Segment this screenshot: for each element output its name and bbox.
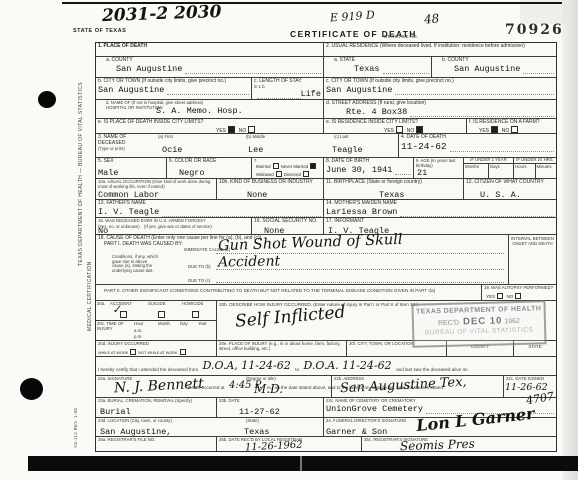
field-registrar-file-no: 25a. REGISTRAR'S FILE NO. bbox=[96, 437, 216, 451]
place-of-death-section: 1. PLACE OF DEATH bbox=[96, 43, 323, 56]
race-value: Negro bbox=[179, 168, 205, 178]
residence-city-limits-yes-checkbox bbox=[396, 126, 403, 133]
field-name-of-deceased: 3. NAME OF DECEASED (Type or print) (a) … bbox=[96, 134, 398, 157]
field-age: 9. AGE (In years last birthday) 21 bbox=[413, 158, 463, 178]
margin-medical-certification-text: MEDICAL CERTIFICATION bbox=[87, 246, 93, 346]
date-signed-label: 22c. DATE SIGNED bbox=[506, 377, 554, 382]
accident-check-handwritten: ✓ bbox=[111, 302, 122, 316]
death-inside-city-limits-label: e. IS PLACE OF DEATH INSIDE CITY LIMITS? bbox=[98, 120, 321, 126]
handwritten-file-number-2: 48 bbox=[423, 11, 440, 27]
field-informant: 17. INFORMANT I. V. Teagle bbox=[323, 218, 556, 234]
burial-value: Burial bbox=[100, 407, 131, 417]
field-residence-inside-city-limits: e. IS RESIDENCE INSIDE CITY LIMITS? YES … bbox=[323, 119, 466, 133]
row-occupation: 10a. USUAL OCCUPATION (Give kind of work… bbox=[96, 178, 556, 199]
middle-name-value: Lee bbox=[248, 145, 263, 155]
row-section-titles: 1. PLACE OF DEATH 2. USUAL RESIDENCE (Wh… bbox=[96, 43, 556, 56]
middle-name-label: (b) Middle bbox=[246, 135, 265, 140]
row-demographics: 5. SEX Male 6. COLOR OR RACE Negro 7. Ma… bbox=[96, 157, 556, 178]
field-burial-date: 23b. DATE 11-27-62 bbox=[216, 398, 323, 417]
under-1-year-label: IF UNDER 1 YEAR bbox=[464, 158, 513, 163]
scanned-death-certificate: STATE OF TEXAS 2031-2 2030 CERTIFICATE O… bbox=[0, 0, 578, 480]
months-label: Months bbox=[464, 164, 488, 178]
farm-yes-checkbox bbox=[491, 126, 498, 133]
sex-label: 5. SEX bbox=[98, 159, 164, 165]
field-date-of-birth: 8. DATE OF BIRTH June 30, 1941 bbox=[323, 158, 413, 178]
birthplace-value: Texas bbox=[379, 190, 405, 199]
residence-on-farm-label: f. IS RESIDENCE ON A FARM? bbox=[469, 120, 554, 126]
field-physician-signature: 22a. SIGNATURE N. J. Bennett (Degree or … bbox=[96, 376, 331, 397]
time-of-injury-label: 20c. TIME OF INJURY bbox=[97, 322, 127, 331]
margin-bureau-text: TEXAS DEPARTMENT OF HEALTH — BUREAU OF V… bbox=[78, 58, 84, 290]
certify-text-1: I hereby certify that I attended the dec… bbox=[98, 367, 198, 372]
homicide-label: HOMICIDE bbox=[182, 302, 204, 307]
occupation-value: Common Labor bbox=[98, 190, 159, 199]
handwritten-registration-number: 2031-2 2030 bbox=[102, 2, 222, 26]
death-city-limits-no-checkbox bbox=[248, 126, 255, 133]
usual-residence-section: 2. USUAL RESIDENCE (Where deceased lived… bbox=[323, 43, 556, 56]
first-name-label: (a) First bbox=[158, 135, 173, 140]
not-while-at-work-checkbox bbox=[180, 349, 186, 355]
location-state-value: Texas bbox=[244, 427, 270, 436]
stamp-date: DEC 10 bbox=[463, 315, 503, 327]
hospital-value: S. A. Memo. Hosp. bbox=[156, 106, 243, 116]
due-to-c-label: DUE TO (c) bbox=[188, 279, 210, 284]
degree-handwritten: M.D. bbox=[254, 382, 283, 396]
interval-column: INTERVAL BETWEEN ONSET AND DEATH bbox=[508, 235, 556, 284]
field-industry: 10b. KIND OF BUSINESS OR INDUSTRY None bbox=[216, 179, 323, 199]
armed-forces-sub2: (If yes, give war or dates of service) bbox=[144, 225, 212, 230]
age-value: 21 bbox=[417, 168, 427, 178]
date-of-birth-value: June 30, 1941 bbox=[326, 165, 392, 175]
autopsy-yes-checkbox bbox=[497, 293, 503, 299]
date-of-death-value: 11-24-62 bbox=[401, 141, 447, 152]
certificate-serial-number: 70926 bbox=[505, 22, 564, 38]
hours-label: Hours bbox=[514, 164, 535, 178]
scan-bottom-bar bbox=[28, 456, 578, 471]
received-stamp: TEXAS DEPARTMENT OF HEALTH REC'D. DEC 10… bbox=[411, 300, 546, 347]
death-city-limits-yes-checkbox bbox=[228, 126, 235, 133]
armed-forces-label: 15. WAS DECEASED EVER IN U.S. ARMED FORC… bbox=[98, 219, 249, 224]
field-birthplace: 11. BIRTHPLACE (State or foreign country… bbox=[323, 179, 463, 199]
location-sub2: (State) bbox=[246, 419, 259, 424]
row-cause-of-death: 18. CAUSE OF DEATH (Enter only one cause… bbox=[96, 234, 556, 284]
name-sublabel: (Type or print) bbox=[98, 147, 125, 152]
field-father-name: 13. FATHER'S NAME I. V. Teagle bbox=[96, 200, 323, 217]
field-marital-status: 7. Married Never Married Widowed Divorce… bbox=[251, 158, 323, 178]
widowed-checkbox bbox=[276, 171, 282, 177]
certificate-header: STATE OF TEXAS 2031-2 2030 CERTIFICATE O… bbox=[62, 4, 562, 42]
field-armed-forces: 15. WAS DECEASED EVER IN U.S. ARMED FORC… bbox=[96, 218, 251, 234]
field-burial-location: 23d. LOCATION (City, town, or county) Sa… bbox=[96, 418, 323, 436]
physician-signature-handwritten: N. J. Bennett bbox=[114, 376, 205, 397]
row-parents: 13. FATHER'S NAME I. V. Teagle 14. MOTHE… bbox=[96, 199, 556, 217]
row-name: 3. NAME OF DECEASED (Type or print) (a) … bbox=[96, 133, 556, 157]
usual-residence-title: 2. USUAL RESIDENCE (Where deceased lived… bbox=[326, 44, 554, 50]
race-label: 6. COLOR OR RACE bbox=[169, 159, 249, 165]
field-death-county: a. COUNTY San Augustine bbox=[96, 57, 323, 77]
street-address-value: Rte. 4 Box38 bbox=[346, 107, 407, 117]
field-occupation: 10a. USUAL OCCUPATION (Give kind of work… bbox=[96, 179, 216, 199]
suicide-checkbox bbox=[158, 311, 165, 318]
location-sub1: (City, town, or county) bbox=[130, 418, 171, 423]
field-burial: 23a. BURIAL, CREMATION, REMOVAL (Specify… bbox=[96, 398, 216, 417]
registrar-file-no-label: 25a. REGISTRAR'S FILE NO. bbox=[98, 438, 214, 443]
death-county-value: San Augustine bbox=[116, 64, 182, 74]
field-street-address: d. STREET ADDRESS (If rural, give locati… bbox=[323, 100, 556, 118]
state-file-no-label: STATE FILE NO. bbox=[384, 34, 418, 39]
residence-county-value: San Augustine bbox=[454, 64, 520, 74]
field-residence-on-farm: f. IS RESIDENCE ON A FARM? YES NO bbox=[466, 119, 556, 133]
date-received-handwritten: 11-26-1962 bbox=[245, 439, 303, 453]
field-sex: 5. SEX Male bbox=[96, 158, 166, 178]
field-death-city: b. CITY OR TOWN (If outside city limits,… bbox=[96, 78, 251, 99]
burial-label: 23a. BURIAL, CREMATION, REMOVAL (Specify… bbox=[98, 399, 214, 404]
field-place-of-injury: 20e. PLACE OF INJURY (e.g., in or about … bbox=[216, 341, 346, 356]
informant-label: 17. INFORMANT bbox=[326, 219, 554, 225]
under-24-hrs-label: IF UNDER 24 HRS. bbox=[514, 158, 556, 163]
field-mother-name: 14. MOTHER'S MAIDEN NAME Lariessa Brown bbox=[323, 200, 556, 217]
burial-date-label: 23b. DATE bbox=[219, 399, 321, 404]
cemetery-value: UnionGrove Cemetery bbox=[326, 404, 423, 414]
armed-forces-value: No bbox=[98, 226, 108, 234]
length-of-stay-value: Life bbox=[301, 89, 321, 99]
never-married-checkbox bbox=[310, 163, 316, 169]
field-residence-state: a. STATE Texas bbox=[323, 57, 431, 77]
citizen-value: U. S. A. bbox=[480, 190, 521, 199]
conditions-note: Conditions, if any, which gave rise to a… bbox=[112, 255, 158, 274]
place-of-injury-label: 20e. PLACE OF INJURY (e.g., in or about … bbox=[219, 342, 344, 352]
autopsy-no-checkbox bbox=[515, 293, 521, 299]
residence-city-value: San Augustine bbox=[326, 85, 392, 95]
married-checkbox bbox=[273, 163, 279, 169]
while-at-work-checkbox bbox=[130, 349, 136, 355]
location-label: 23d. LOCATION bbox=[98, 418, 129, 423]
row-armed-forces: 15. WAS DECEASED EVER IN U.S. ARMED FORC… bbox=[96, 217, 556, 234]
field-residence-county: b. COUNTY San Augustine bbox=[431, 57, 556, 77]
row-physician: 22a. SIGNATURE N. J. Bennett (Degree or … bbox=[96, 375, 556, 397]
ssn-label: 16. SOCIAL SECURITY NO. bbox=[254, 219, 321, 225]
ssn-value: None bbox=[264, 226, 284, 234]
row-city-limits: e. IS PLACE OF DEATH INSIDE CITY LIMITS?… bbox=[96, 118, 556, 133]
residence-state-value: Texas bbox=[354, 64, 380, 74]
certify-text-2: and last saw the deceased alive on bbox=[396, 367, 468, 372]
hour-label: Hour bbox=[134, 322, 143, 327]
part1-label: PART I. DEATH WAS CAUSED BY: bbox=[104, 242, 183, 248]
field-accident-suicide-homicide: 20a. ACCIDENT SUICIDE HOMICIDE ✓ 20c. TI… bbox=[96, 301, 216, 340]
am-label: a.m. bbox=[134, 329, 142, 334]
due-to-b-label: DUE TO (b) bbox=[188, 265, 211, 270]
field-death-inside-city-limits: e. IS PLACE OF DEATH INSIDE CITY LIMITS?… bbox=[96, 119, 323, 133]
injury-20a-label: 20a. bbox=[97, 302, 105, 307]
farm-no-checkbox bbox=[511, 126, 518, 133]
field-residence-city: c. CITY OR TOWN (If outside city limits,… bbox=[323, 78, 556, 99]
row-location-director: 23d. LOCATION (City, town, or county) Sa… bbox=[96, 417, 556, 436]
handwritten-file-number: E 919 D bbox=[330, 8, 376, 24]
month-label: Month bbox=[158, 322, 170, 327]
attended-from-handwritten: D.O.A, 11-24-62 bbox=[203, 359, 291, 372]
death-city-value: San Augustine bbox=[98, 85, 164, 95]
homicide-checkbox bbox=[192, 311, 199, 318]
year-label: Year bbox=[198, 322, 207, 327]
place-of-death-title: 1. PLACE OF DEATH bbox=[98, 44, 321, 50]
sex-value: Male bbox=[98, 168, 118, 178]
suicide-label: SUICIDE bbox=[148, 302, 165, 307]
row-county-state: a. COUNTY San Augustine a. STATE Texas b… bbox=[96, 56, 556, 77]
field-race: 6. COLOR OR RACE Negro bbox=[166, 158, 251, 178]
occupation-label: 10a. USUAL OCCUPATION (Give kind of work… bbox=[98, 180, 214, 189]
due-to-b-handwritten: Accident bbox=[218, 253, 280, 270]
field-date-received: 25b. DATE REC'D BY LOCAL REGISTRAR 11-26… bbox=[216, 437, 361, 451]
day-label: Day bbox=[180, 322, 188, 327]
registrar-signature-handwritten: Seomis Pres bbox=[400, 437, 475, 454]
row-registrar: 25a. REGISTRAR'S FILE NO. 25b. DATE REC'… bbox=[96, 436, 556, 451]
field-injury-occurred: 20d. INJURY OCCURRED WHILE AT WORK NOT W… bbox=[96, 341, 216, 356]
pm-label: p.m. bbox=[134, 335, 142, 340]
state-of-texas-label: STATE OF TEXAS bbox=[73, 28, 126, 34]
field-date-of-death: 4. DATE OF DEATH 11-24-62 bbox=[398, 134, 556, 157]
field-cause-of-death: 18. CAUSE OF DEATH (Enter only one cause… bbox=[96, 235, 556, 284]
hole-punch-bottom bbox=[20, 378, 43, 400]
field-funeral-director: 24. FUNERAL DIRECTOR'S SIGNATURE Garner … bbox=[323, 418, 556, 436]
form-revision-number: VS-112 REV. 1-58 bbox=[73, 402, 78, 454]
autopsy-label: 19. WAS AUTOPSY PERFORMED? bbox=[484, 286, 554, 291]
location-city-value: San Augustine, bbox=[100, 427, 171, 436]
hole-punch-top bbox=[38, 91, 56, 108]
row-part2: PART II. OTHER SIGNIFICANT CONDITIONS CO… bbox=[96, 284, 556, 300]
field-ssn: 16. SOCIAL SECURITY NO. None bbox=[251, 218, 323, 234]
cause-line-c bbox=[216, 282, 504, 283]
field-certification-statement: I hereby certify that I attended the dec… bbox=[96, 357, 556, 375]
industry-value: None bbox=[247, 190, 267, 199]
minutes-label: Minutes bbox=[535, 164, 557, 178]
degree-label: (Degree or title) bbox=[246, 377, 276, 382]
field-physician-address: 22b. ADDRESS San Augustine Tex, bbox=[331, 376, 503, 397]
field-part2: PART II. OTHER SIGNIFICANT CONDITIONS CO… bbox=[96, 285, 481, 300]
field-length-of-stay: c. LENGTH OF STAY in 1 b. Life bbox=[251, 78, 323, 99]
birthplace-label: 11. BIRTHPLACE (State or foreign country… bbox=[326, 180, 461, 186]
mother-name-value: Lariessa Brown bbox=[326, 207, 397, 217]
industry-label: 10b. KIND OF BUSINESS OR INDUSTRY bbox=[219, 180, 321, 186]
interval-label: INTERVAL BETWEEN ONSET AND DEATH bbox=[509, 235, 556, 248]
residence-city-limits-no-checkbox bbox=[416, 126, 423, 133]
citizen-label: 12. CITIZEN OF WHAT COUNTRY bbox=[466, 180, 554, 186]
first-name-value: Ocie bbox=[162, 145, 182, 155]
certificate-form: 1. PLACE OF DEATH 2. USUAL RESIDENCE (Wh… bbox=[95, 42, 557, 452]
row-certification: I hereby certify that I attended the dec… bbox=[96, 356, 556, 375]
last-name-label: (c) Last bbox=[334, 135, 348, 140]
last-name-value: Teagle bbox=[332, 145, 363, 155]
injury-occurred-label: 20d. INJURY OCCURRED bbox=[98, 342, 214, 347]
days-label: Days bbox=[488, 164, 513, 178]
father-name-value: I. V. Teagle bbox=[98, 207, 159, 217]
attended-to-handwritten: D.O.A. 11-24-62 bbox=[303, 359, 391, 372]
row-hospital: d. NAME OF (If not in hospital, give str… bbox=[96, 99, 556, 118]
field-citizen: 12. CITIZEN OF WHAT COUNTRY U. S. A. bbox=[463, 179, 556, 199]
name-label: 3. NAME OF DECEASED bbox=[98, 135, 150, 147]
field-if-under-24-hrs: IF UNDER 24 HRS. Hours Minutes bbox=[513, 158, 556, 178]
part2-label: PART II. OTHER SIGNIFICANT CONDITIONS CO… bbox=[98, 286, 479, 293]
field-if-under-1-year: IF UNDER 1 YEAR Months Days bbox=[463, 158, 513, 178]
scan-right-edge bbox=[562, 0, 578, 480]
field-hospital: d. NAME OF (If not in hospital, give str… bbox=[96, 100, 323, 118]
row-city: b. CITY OR TOWN (If outside city limits,… bbox=[96, 77, 556, 99]
residence-inside-city-limits-label: e. IS RESIDENCE INSIDE CITY LIMITS? bbox=[326, 120, 464, 126]
burial-date-value: 11-27-62 bbox=[239, 407, 280, 417]
certify-to-word: to bbox=[295, 367, 299, 372]
field-autopsy: 19. WAS AUTOPSY PERFORMED? YES NO bbox=[481, 285, 556, 300]
divorced-checkbox bbox=[303, 171, 309, 177]
field-registrar-signature: 25c. REGISTRAR'S SIGNATURE Seomis Pres bbox=[361, 437, 556, 451]
